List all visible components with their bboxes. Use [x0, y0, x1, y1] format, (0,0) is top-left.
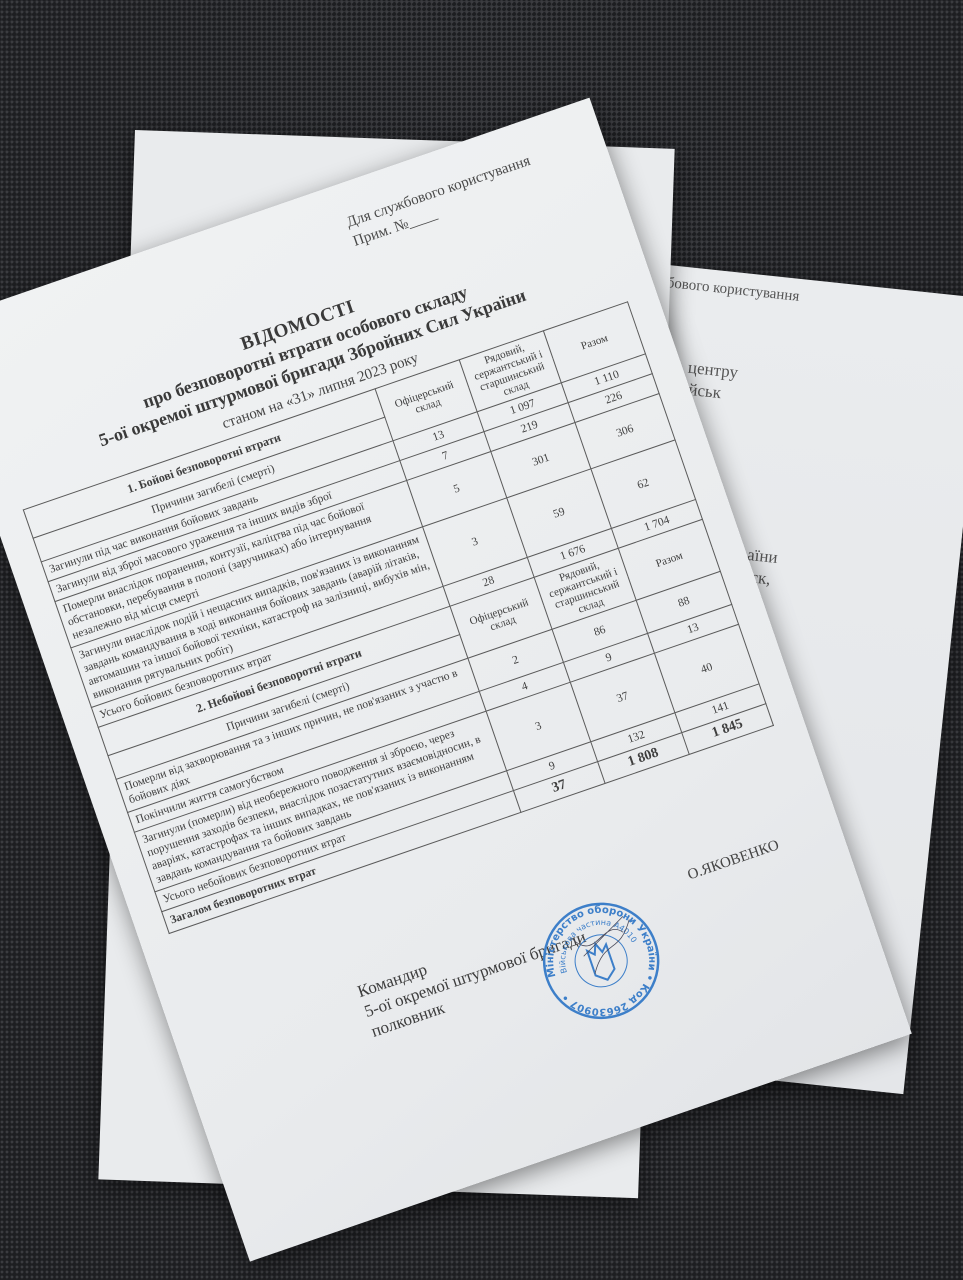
signer-name: О.ЯКОВЕНКО	[686, 837, 782, 884]
svg-text:Міністерство оборони України •: Міністерство оборони України • Код 26630…	[530, 889, 673, 1032]
back-page-classification: бового користування	[666, 275, 800, 306]
back-page-fragment: центру	[687, 358, 739, 383]
official-seal-icon: Міністерство оборони України • Код 26630…	[525, 885, 678, 1038]
